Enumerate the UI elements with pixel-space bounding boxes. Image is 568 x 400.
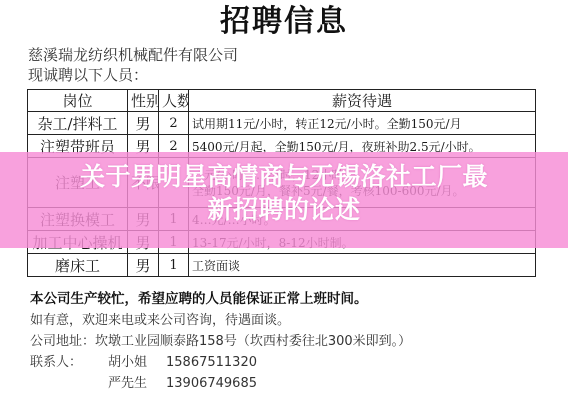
company-name: 慈溪瑞龙纺织机械配件有限公司 <box>28 46 238 64</box>
job-cell: 杂工/拌料工 <box>28 112 128 135</box>
header-count: 人数 <box>159 90 189 112</box>
contact-label: 联系人： <box>30 352 108 373</box>
recruit-intro: 现诚聘以下人员： <box>28 66 148 84</box>
sex-cell: 男 <box>128 254 159 277</box>
document-title: 招聘信息 <box>0 2 568 42</box>
contact-row: 联系人： 胡小姐 15867511320 <box>30 352 411 373</box>
notes-section: 本公司生产较忙，希望应聘的人员能保证正常上班时间。 如有意，欢迎来电或来公司咨询… <box>30 289 411 394</box>
count-cell: 2 <box>159 112 189 135</box>
job-cell: 磨床工 <box>28 254 128 277</box>
sex-cell: 男 <box>128 112 159 135</box>
headline-line-2: 新招聘的论述 <box>0 193 568 226</box>
header-sex: 性别 <box>128 90 159 112</box>
table-header-row: 岗位 性别 人数 薪资待遇 <box>28 90 536 112</box>
header-job: 岗位 <box>28 90 128 112</box>
table-row: 杂工/拌料工 男 2 试用期11元/小时，转正12元/小时。全勤150元/月 <box>28 112 536 135</box>
contact-name: 胡小姐 <box>108 352 166 373</box>
headline-text: 关于男明星高情商与无锡洛社工厂最 新招聘的论述 <box>0 160 568 226</box>
address-note: 公司地址：坎墩工业园顺泰路158号（坎西村委往北300米即到。） <box>30 331 411 352</box>
welcome-note: 如有意，欢迎来电或来公司咨询，待遇面谈。 <box>30 310 411 331</box>
table-row: 磨床工 男 1 工资面谈 <box>28 254 536 277</box>
count-cell: 1 <box>159 254 189 277</box>
headline-line-1: 关于男明星高情商与无锡洛社工厂最 <box>0 160 568 193</box>
contact-label-spacer <box>30 373 108 394</box>
pay-cell: 工资面谈 <box>189 254 536 277</box>
contact-phone: 13906749685 <box>166 373 257 394</box>
header-pay: 薪资待遇 <box>189 90 536 112</box>
contact-row: 严先生 13906749685 <box>30 373 411 394</box>
contact-name: 严先生 <box>108 373 166 394</box>
busy-note: 本公司生产较忙，希望应聘的人员能保证正常上班时间。 <box>30 289 411 310</box>
contact-phone: 15867511320 <box>166 352 257 373</box>
pay-cell: 试用期11元/小时，转正12元/小时。全勤150元/月 <box>189 112 536 135</box>
